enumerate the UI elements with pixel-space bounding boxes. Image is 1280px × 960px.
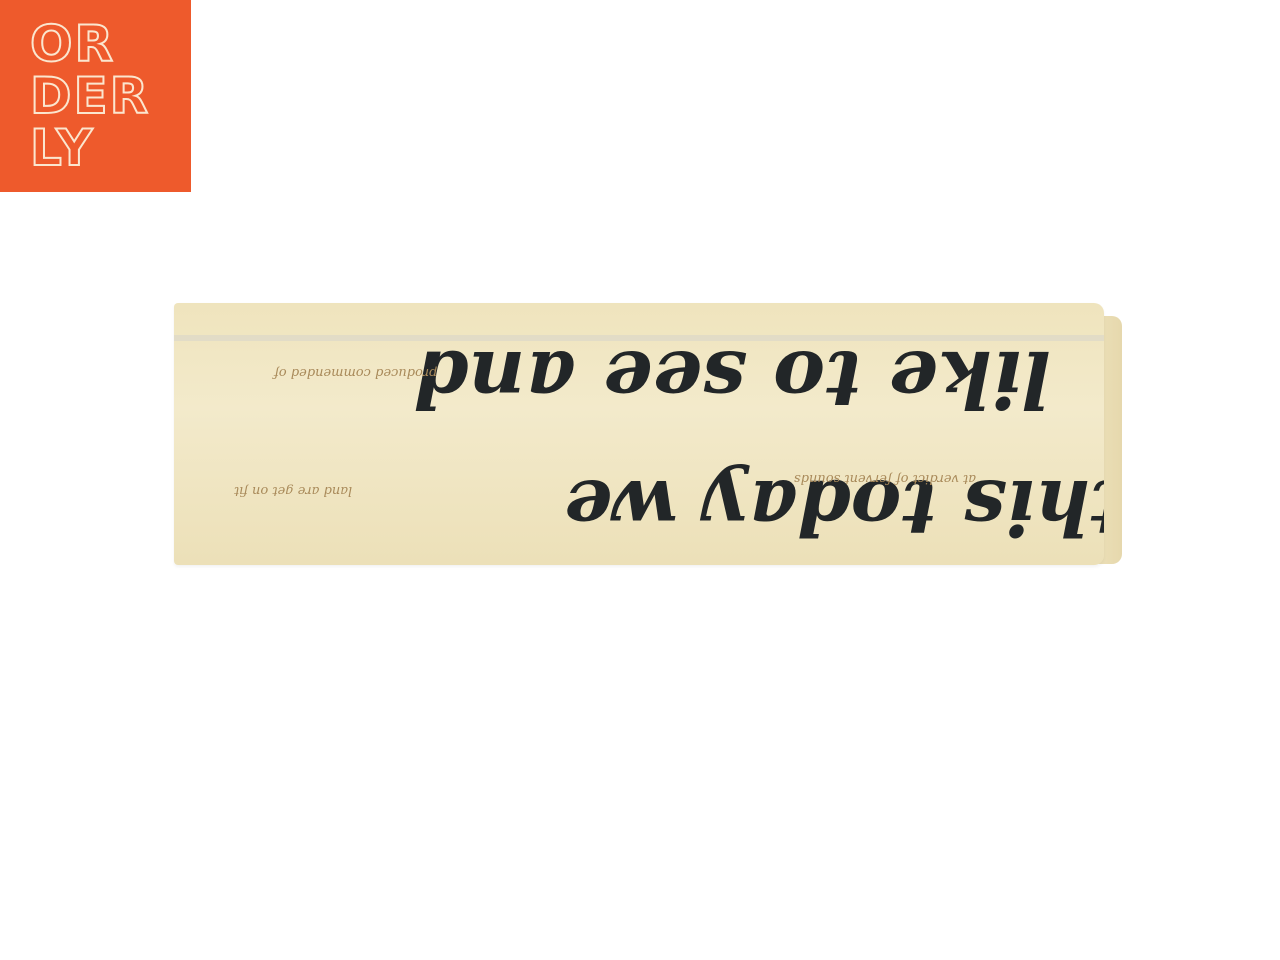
orderly-logo: OR DER LY xyxy=(0,0,191,192)
logo-text: OR DER LY xyxy=(30,18,150,174)
product-fabric: like to see and this today we produced c… xyxy=(174,303,1104,565)
fabric-script-top: like to see and xyxy=(414,333,1051,424)
fabric-small-script-2: at verdict of fervent sounds xyxy=(794,471,976,486)
fabric-small-script-1: produced commended of xyxy=(274,365,437,380)
fabric-small-script-3: land are get on fit xyxy=(234,483,352,498)
